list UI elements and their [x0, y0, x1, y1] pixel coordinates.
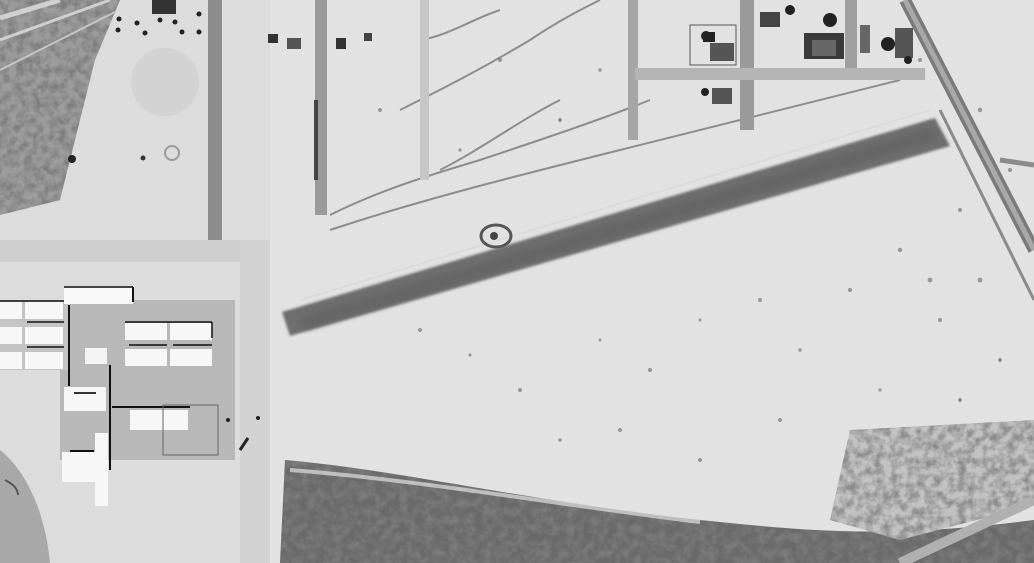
aerial-photo-canvas — [0, 0, 1034, 563]
aerial-photo — [0, 0, 1034, 563]
